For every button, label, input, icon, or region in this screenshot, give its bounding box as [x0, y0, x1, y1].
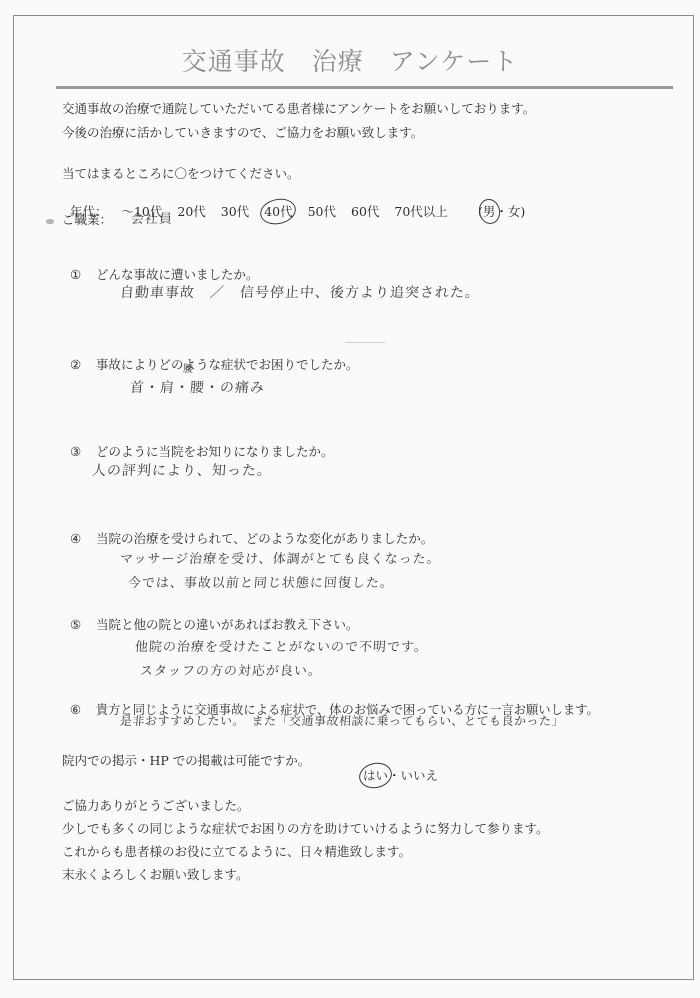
closing-line-3: これからも患者様のお役に立てるように、日々精進致します。	[62, 842, 411, 860]
publish-choice: はい・いいえ	[355, 751, 438, 784]
stray-mark	[345, 342, 385, 343]
question-5-number: ⑤	[70, 617, 90, 632]
question-5: ⑤当院と他の院との違いがあればお教え下さい。	[62, 600, 358, 633]
age-option-20s[interactable]: 20代	[177, 204, 205, 219]
intro-line-1: 交通事故の治療で通院していただいてる患者様にアンケートをお願いしております。	[62, 99, 535, 117]
gender-male-selected[interactable]: 男	[483, 202, 496, 220]
instruction-text: 当てはまるところに〇をつけてください。	[62, 164, 300, 182]
age-option-50s[interactable]: 50代	[308, 204, 336, 219]
age-option-40s-selected[interactable]: 40代	[264, 202, 292, 220]
publish-yes-selected[interactable]: はい	[363, 766, 388, 784]
answer-2-correction-note: 腰	[183, 360, 193, 375]
answer-5-line-1[interactable]: 他院の治療を受けたことがないので不明です。	[134, 636, 428, 655]
question-4-text: 当院の治療を受けられて、どのような変化がありましたか。	[96, 531, 433, 546]
closing-line-4: 末永くよろしくお願い致します。	[62, 865, 249, 883]
question-2: ②事故によりどのような症状でお困りでしたか。	[62, 340, 358, 373]
question-2-number: ②	[70, 357, 90, 372]
answer-4-line-2[interactable]: 今では、事故以前と同じ状態に回復した。	[127, 572, 394, 591]
ink-speck	[46, 219, 54, 224]
question-5-text: 当院と他の院との違いがあればお教え下さい。	[96, 617, 359, 632]
question-1-number: ①	[70, 267, 90, 282]
answer-2-line-1[interactable]: 首・肩・腰・の痛み	[129, 377, 265, 397]
closing-line-2: 少しでも多くの同じような症状でお困りの方を助けていけるように努力して参ります。	[62, 819, 549, 837]
title-underline	[56, 86, 673, 89]
closing-line-1: ご協力ありがとうございました。	[62, 796, 250, 814]
age-row: 年代：～10代20代30代40代50代60代70代以上	[62, 187, 463, 220]
question-3: ③どのように当院をお知りになりましたか。	[62, 427, 333, 460]
question-2-text: 事故によりどのような症状でお困りでしたか。	[96, 357, 359, 372]
gender-female[interactable]: 女	[508, 204, 521, 219]
answer-5-line-2[interactable]: スタッフの方の対応が良い。	[139, 660, 322, 679]
answer-1-line-1[interactable]: 自動車事故 ／ 信号停止中、後方より追突された。	[119, 282, 480, 302]
answer-6-line-1[interactable]: 是非おすすめしたい。 また「交通事故相談に乗ってもらい、とても良かった」	[119, 712, 564, 729]
question-4-number: ④	[70, 531, 90, 546]
answer-3-line-1[interactable]: 人の評判により、知った。	[91, 460, 272, 480]
question-4: ④当院の治療を受けられて、どのような変化がありましたか。	[62, 514, 433, 547]
age-option-30s[interactable]: 30代	[221, 204, 249, 219]
publish-question: 院内での掲示・HP での掲載は可能ですか。	[62, 751, 310, 769]
intro-line-2: 今後の治療に活かしていきますので、ご協力をお願い致します。	[62, 123, 423, 141]
question-3-number: ③	[70, 444, 90, 459]
question-6-number: ⑥	[70, 703, 90, 717]
gender-choice: (男・女)	[470, 187, 525, 220]
age-option-70plus[interactable]: 70代以上	[394, 204, 447, 219]
age-option-60s[interactable]: 60代	[351, 204, 379, 219]
occupation-answer[interactable]: 会社員	[130, 208, 173, 227]
occupation-label: ご職業：	[62, 210, 112, 228]
question-1: ①どんな事故に遭いましたか。	[62, 250, 258, 283]
question-3-text: どのように当院をお知りになりましたか。	[96, 444, 334, 459]
question-1-text: どんな事故に遭いましたか。	[96, 267, 259, 282]
gender-close-paren: )	[520, 204, 525, 219]
publish-no[interactable]: いいえ	[400, 768, 438, 783]
answer-4-line-1[interactable]: マッサージ治療を受け、体調がとても良くなった。	[119, 548, 441, 567]
page-title: 交通事故 治療 アンケート	[0, 42, 700, 78]
